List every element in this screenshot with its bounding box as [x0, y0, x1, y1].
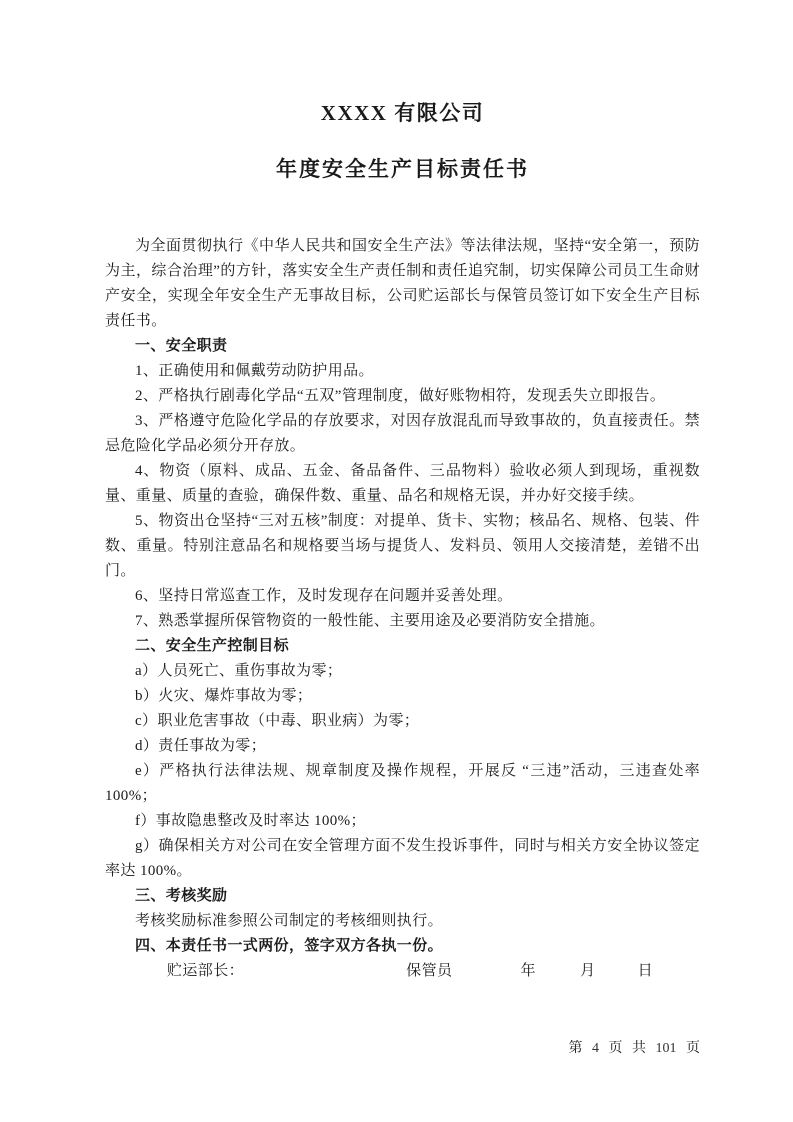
section-2-item-a: a）人员死亡、重伤事故为零；: [105, 659, 700, 684]
signature-year-label: 年: [521, 959, 536, 984]
section-1-item-5: 5、物资出仓坚持“三对五核”制度：对提单、货卡、实物；核品名、规格、包装、件数、…: [105, 509, 700, 584]
document-page: XXXX 有限公司 年度安全生产目标责任书 为全面贯彻执行《中华人民共和国安全生…: [0, 0, 793, 1122]
footer-current-page-number: 4: [592, 1041, 599, 1056]
doc-body: 为全面贯彻执行《中华人民共和国安全生产法》等法律法规，坚持“安全第一，预防为主，…: [105, 234, 700, 984]
signature-month-label: 月: [580, 959, 595, 984]
section-2-item-b: b）火灾、爆炸事故为零；: [105, 684, 700, 709]
section-3-body: 考核奖励标准参照公司制定的考核细则执行。: [105, 909, 700, 934]
section-2-item-g: g）确保相关方对公司在安全管理方面不发生投诉事件，同时与相关方安全协议签定率达 …: [105, 834, 700, 884]
footer-prefix: 第: [569, 1041, 583, 1056]
doc-subtitle: 年度安全生产目标责任书: [105, 153, 700, 183]
section-2-item-f: f）事故隐患整改及时率达 100%；: [105, 809, 700, 834]
section-2-item-c: c）职业危害事故（中毒、职业病）为零；: [105, 709, 700, 734]
footer-total-word: 共: [632, 1041, 646, 1056]
doc-title: XXXX 有限公司: [105, 97, 700, 127]
section-1-heading: 一、安全职责: [105, 334, 700, 359]
section-1-item-3: 3、严格遵守危险化学品的存放要求，对因存放混乱而导致事故的，负直接责任。禁忌危险…: [105, 409, 700, 459]
section-1-item-1: 1、正确使用和佩戴劳动防护用品。: [105, 359, 700, 384]
intro-paragraph: 为全面贯彻执行《中华人民共和国安全生产法》等法律法规，坚持“安全第一，预防为主，…: [105, 234, 700, 334]
footer-page-word: 页: [609, 1041, 623, 1056]
signature-day-label: 日: [638, 959, 653, 984]
section-2-heading: 二、安全生产控制目标: [105, 634, 700, 659]
section-2-item-e: e）严格执行法律法规、规章制度及操作规程，开展反 “三违”活动，三违查处率100…: [105, 759, 700, 809]
section-1-item-2: 2、严格执行剧毒化学品“五双”管理制度，做好账物相符，发现丢失立即报告。: [105, 384, 700, 409]
section-4-heading: 四、本责任书一式两份，签字双方各执一份。: [105, 934, 700, 959]
section-1-item-6: 6、坚持日常巡查工作，及时发现存在问题并妥善处理。: [105, 584, 700, 609]
page-footer: 第 4 页 共 101 页: [569, 1040, 701, 1058]
section-3-heading: 三、考核奖励: [105, 884, 700, 909]
footer-total-page-number: 101: [656, 1041, 677, 1056]
section-1-item-4: 4、物资（原料、成品、五金、备品备件、三品物料）验收必须人到现场，重视数量、重量…: [105, 459, 700, 509]
signature-storekeeper-label: 保管员: [406, 959, 452, 984]
signature-line: 贮运部长： 保管员 年 月 日: [105, 959, 700, 984]
signature-department-head-label: 贮运部长：: [167, 959, 244, 984]
section-1-item-7: 7、熟悉掌握所保管物资的一般性能、主要用途及必要消防安全措施。: [105, 609, 700, 634]
section-2-item-d: d）责任事故为零；: [105, 734, 700, 759]
footer-suffix: 页: [686, 1041, 700, 1056]
